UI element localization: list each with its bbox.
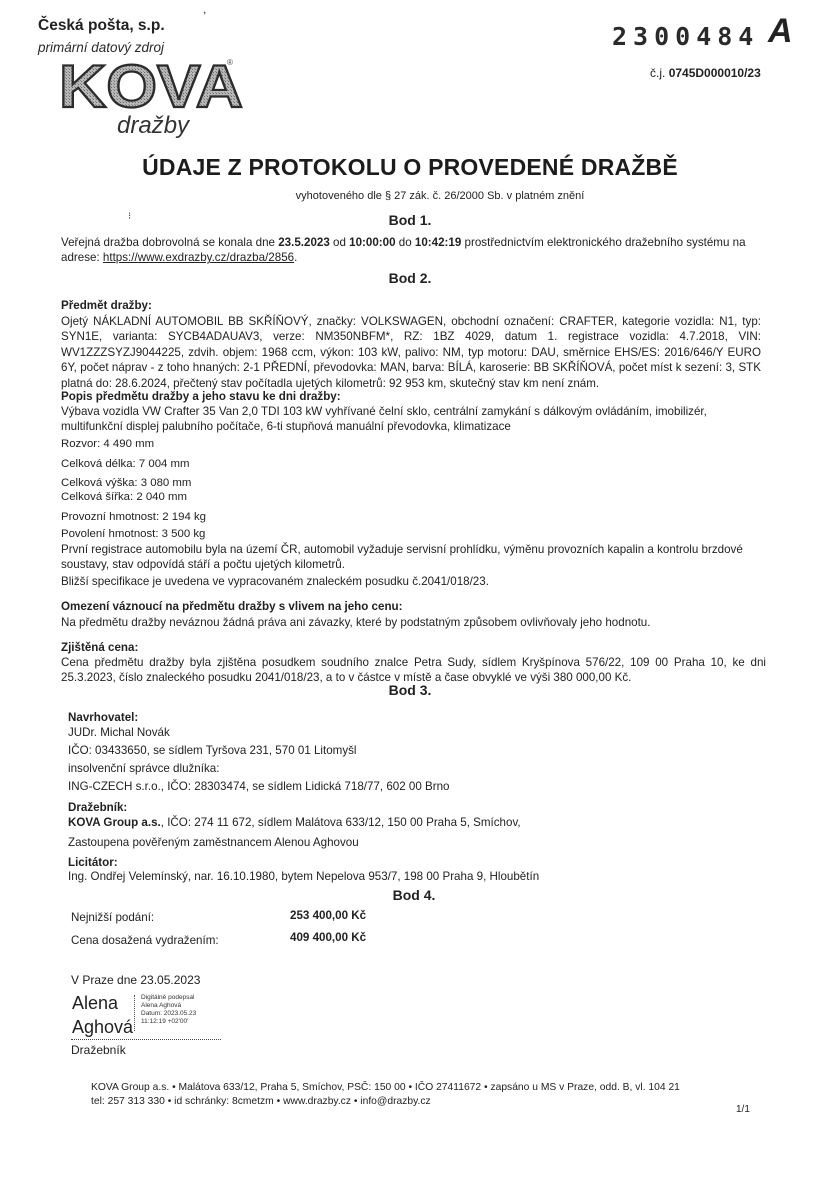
reference-label: č.j.: [650, 66, 665, 80]
encumbrance-text: Na předmětu dražby neváznou žádná práva …: [61, 607, 766, 630]
specification-text: Bližší specifikace je uvedena ve vypraco…: [61, 574, 766, 589]
auctioneer-label: Dražebník:: [68, 801, 127, 814]
auction-url-link[interactable]: https://www.exdrazby.cz/drazba/2856: [103, 251, 294, 264]
auction-time-from: 10:00:00: [349, 236, 395, 249]
spec-permitted-weight: Povolení hmotnost: 3 500 kg: [61, 528, 205, 540]
page-subtitle: vyhotoveného dle § 27 zák. č. 26/2000 Sb…: [0, 190, 820, 202]
auction-date: 23.5.2023: [278, 236, 330, 249]
post-subtitle: primární datový zdroj: [38, 40, 164, 55]
post-name: Česká pošta, s.p.: [38, 17, 165, 35]
section-heading-bod3: Bod 3.: [0, 682, 820, 698]
proposer-role: insolvenční správce dlužníka:: [68, 761, 219, 776]
footer-company-info: KOVA Group a.s. • Malátova 633/12, Praha…: [91, 1081, 680, 1094]
section-heading-bod2: Bod 2.: [0, 270, 820, 286]
subject-text: Ojetý NÁKLADNÍ AUTOMOBIL BB SKŘÍŇOVÝ, zn…: [61, 314, 761, 391]
reference-number: č.j. 0745D000010/23: [650, 66, 761, 80]
final-price-label: Cena dosažená vydražením:: [71, 934, 219, 947]
digital-signature-block: Digitálně podepsal Alena Aghová Datum: 2…: [141, 994, 196, 1026]
page-number: 1/1: [736, 1104, 750, 1115]
document-letter: A: [768, 12, 793, 51]
final-price-value: 409 400,00 Kč: [290, 931, 366, 944]
licitator-text: Ing. Ondřej Velemínský, nar. 16.10.1980,…: [68, 869, 539, 884]
registered-mark: ®: [227, 58, 233, 67]
section-heading-bod1: Bod 1.: [0, 212, 820, 228]
spec-wheelbase: Rozvor: 4 490 mm: [61, 438, 154, 450]
digital-signature-line: 11:12:19 +02'00': [141, 1018, 196, 1026]
digital-signature-line: Datum: 2023.05.23: [141, 1010, 196, 1018]
reference-value: 0745D000010/23: [669, 66, 761, 80]
signature-first-name: Alena: [72, 992, 118, 1014]
subject-label: Předmět dražby:: [61, 299, 152, 312]
description-label: Popis předmětu dražby a jeho stavu ke dn…: [61, 390, 341, 403]
spec-height: Celková výška: 3 080 mm: [61, 477, 191, 489]
debtor-info: ING-CZECH s.r.o., IČO: 28303474, se sídl…: [68, 779, 450, 794]
price-label: Zjištěná cena:: [61, 641, 138, 654]
auctioneer-name: KOVA Group a.s.: [68, 816, 161, 829]
section-heading-bod4: Bod 4.: [0, 887, 820, 903]
signature-line: [71, 1039, 221, 1040]
lowest-bid-value: 253 400,00 Kč: [290, 909, 366, 922]
spec-operating-weight: Provozní hmotnost: 2 194 kg: [61, 511, 206, 523]
svg-text:KOVA: KOVA: [59, 57, 243, 115]
signature-role: Dražebník: [71, 1043, 126, 1058]
document-number: 2300484: [612, 22, 759, 51]
licitator-label: Licitátor:: [68, 856, 118, 869]
kova-logo: KOVA: [57, 57, 247, 115]
proposer-label: Navrhovatel:: [68, 711, 138, 724]
lowest-bid-label: Nejnižší podání:: [71, 911, 154, 924]
spec-width: Celková šířka: 2 040 mm: [61, 491, 187, 503]
proposer-name: JUDr. Michal Novák: [68, 725, 170, 740]
place-date: V Praze dne 23.05.2023: [71, 973, 200, 988]
registration-text: První registrace automobilu byla na územ…: [61, 542, 766, 573]
footer-contact-info: tel: 257 313 330 • id schránky: 8cmetzm …: [91, 1095, 431, 1108]
auction-time-to: 10:42:19: [415, 236, 461, 249]
auctioneer-info: KOVA Group a.s., IČO: 274 11 672, sídlem…: [68, 815, 521, 830]
spec-length: Celková délka: 7 004 mm: [61, 458, 190, 470]
proposer-address: IČO: 03433650, se sídlem Tyršova 231, 57…: [68, 743, 357, 758]
logo-subtitle: dražby: [117, 112, 189, 140]
equipment-text: Výbava vozidla VW Crafter 35 Van 2,0 TDI…: [61, 404, 766, 435]
digital-signature-line: Alena Aghová: [141, 1002, 196, 1010]
auctioneer-representative: Zastoupena pověřeným zaměstnancem Alenou…: [68, 835, 359, 850]
digital-signature-line: Digitálně podepsal: [141, 994, 196, 1002]
signature-bracket: [134, 995, 141, 1031]
page-title: ÚDAJE Z PROTOKOLU O PROVEDENÉ DRAŽBĚ: [0, 154, 820, 181]
scan-mark: ,: [203, 2, 206, 16]
auction-info: Veřejná dražba dobrovolná se konala dne …: [61, 235, 761, 266]
signature-last-name: Aghová: [72, 1016, 133, 1038]
